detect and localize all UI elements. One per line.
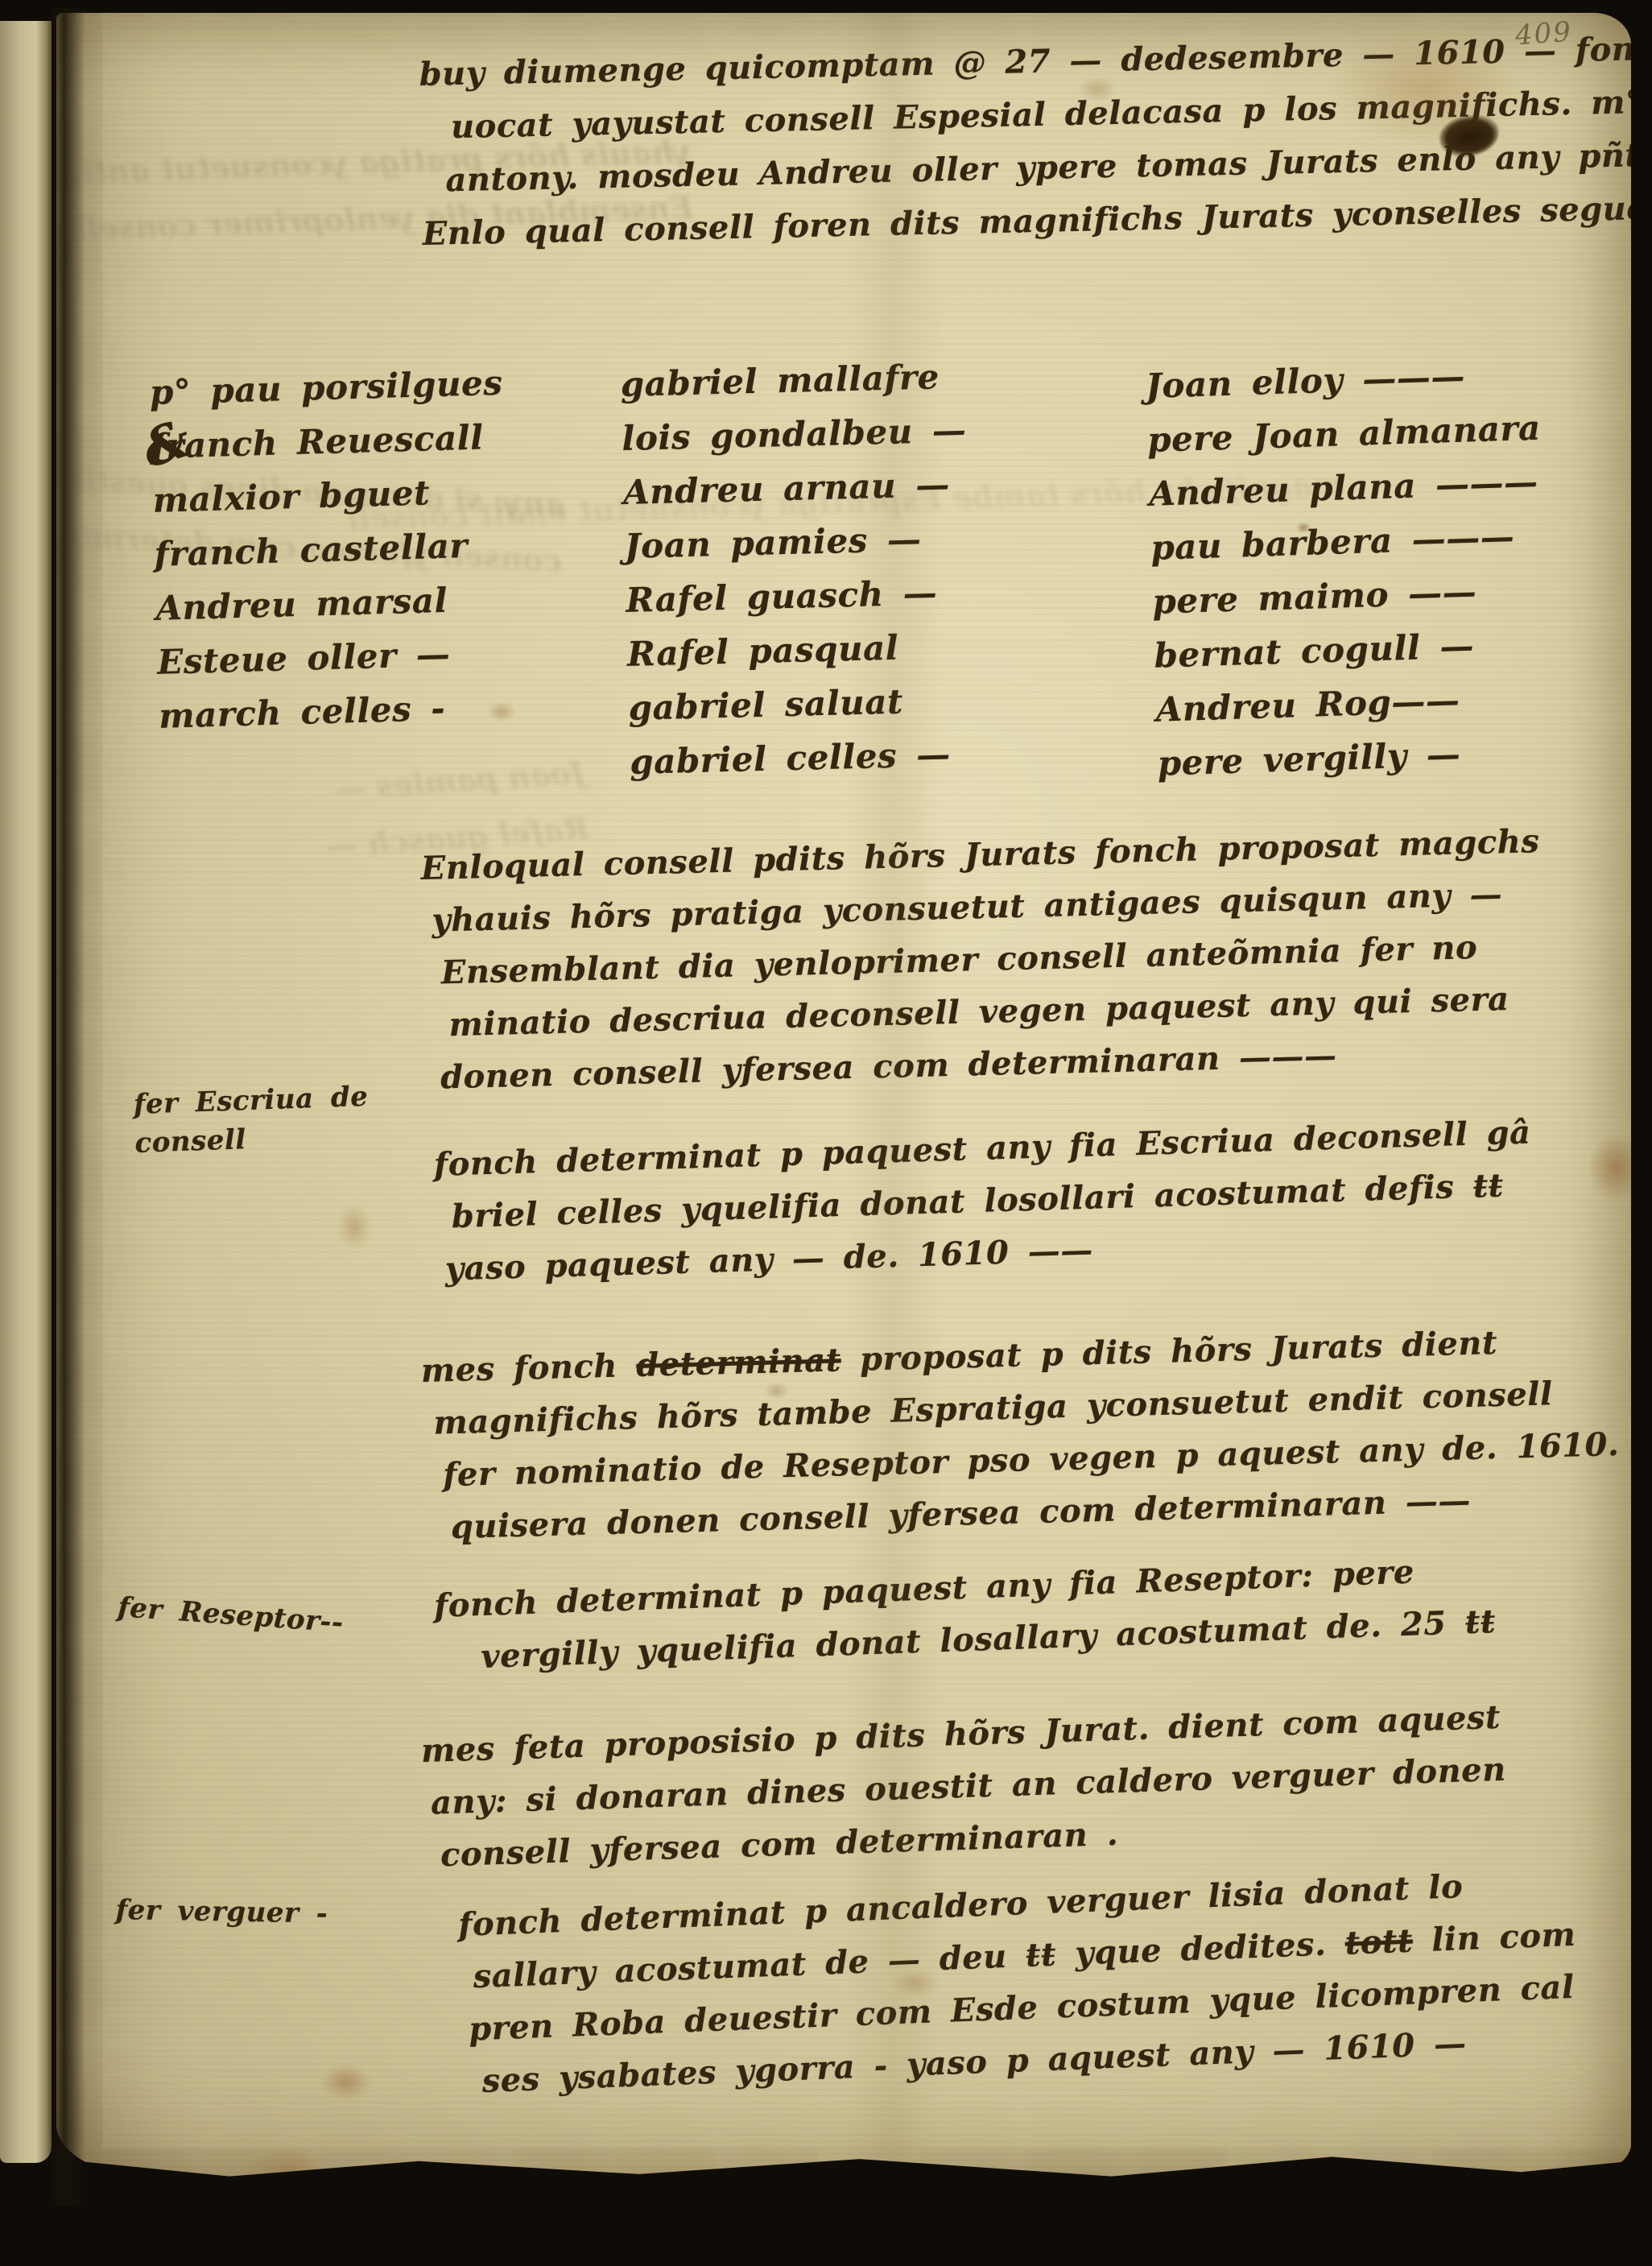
margin-note-line: fer verguer - [115, 1891, 328, 1933]
stain [250, 2148, 330, 2202]
paragraph-resolution-escriva: fonch determinat p paquest any fia Escri… [433, 1102, 1652, 1296]
name-column-right: Joan elloy ——— pere Joan almanara Andreu… [1145, 347, 1551, 791]
name-entry: Esteue oller — [156, 626, 510, 689]
name-entry: march celles - [158, 680, 512, 743]
name-entry: Andreu arnau — [622, 457, 968, 519]
body-text: mes fonch [420, 1346, 637, 1390]
name-column-left: p° pau porsilgues franch Reuescall malxi… [149, 356, 513, 743]
manuscript-photo: { "page": { "folio": "409" }, "heading":… [0, 0, 1652, 2266]
body-text: lin com [1412, 1916, 1576, 1960]
name-entry: franch castellar [154, 518, 508, 581]
name-entry: Rafel pasqual [626, 618, 972, 680]
margin-note-line: fer Reseptor-- [117, 1588, 345, 1642]
heading-paragraph: buy diumenge quicomptam @ 27 — dedesembr… [419, 23, 1630, 261]
paragraph-proposal-reseptor: mes fonch determinat proposat p dits hõr… [420, 1313, 1649, 1554]
margin-note-reseptor: fer Reseptor-- [117, 1588, 345, 1642]
name-column-middle: gabriel mallafre lois gondalbeu — Andreu… [620, 349, 975, 789]
margin-note-verguer: fer verguer - [115, 1891, 328, 1933]
stain [322, 2065, 370, 2100]
paragraph-proposal-verguer: mes feta proposisio p dits hõrs Jurat. d… [420, 1686, 1648, 1882]
paragraph-resolution-reseptor: fonch determinat p paquest any fia Resep… [433, 1537, 1652, 1685]
name-entry: franch Reuescall [151, 410, 505, 473]
crossed-out-word: determinat [636, 1341, 842, 1384]
margin-note-line: consell [134, 1116, 370, 1163]
name-entry: gabriel mallafre [620, 349, 965, 411]
name-entry: p° pau porsilgues [149, 356, 503, 420]
paragraph-resolution-verguer: fonch determinat p ancaldero verguer lis… [457, 1852, 1652, 2108]
name-entry: Andreu marsal [155, 572, 509, 635]
body-text: proposat p dits hõrs Jurats dient [840, 1324, 1497, 1379]
name-entry: gabriel celles — [629, 726, 974, 788]
name-entry: Joan pamies — [624, 511, 969, 573]
name-entry: gabriel saluat [628, 672, 973, 734]
name-entry: Rafel guasch — [626, 564, 971, 626]
paragraph-proposal-escriva: Enloqual consell pdits hõrs Jurats fonch… [420, 813, 1650, 1104]
name-entry: lois gondalbeu — [622, 403, 967, 465]
previous-page-edge [0, 21, 52, 2163]
stain [620, 2235, 717, 2266]
manuscript-page: yhauis hõrs pratiga yconsuetut antigaes … [56, 13, 1631, 2181]
crossed-out-word: tott [1344, 1921, 1414, 1962]
binding-gutter-shadow [47, 8, 85, 2206]
name-entry: pere vergilly — [1157, 724, 1552, 790]
name-entry: malxior bguet [152, 464, 506, 527]
stain [338, 1205, 370, 1250]
margin-note-escriva: fer Escriua de consell [133, 1077, 370, 1163]
stain [539, 2179, 596, 2214]
